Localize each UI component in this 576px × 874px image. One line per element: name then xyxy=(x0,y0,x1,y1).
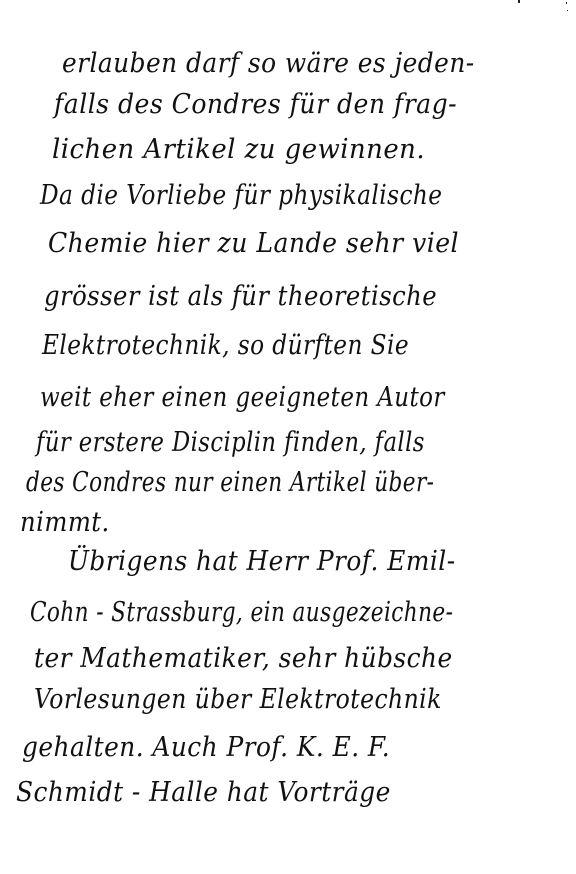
corner-mark xyxy=(567,10,568,11)
text-line: grösser ist als für theoretische xyxy=(44,281,437,312)
text-line: Elektrotechnik, so dürften Sie xyxy=(42,330,409,361)
text-line: falls des Condres für den frag- xyxy=(54,89,457,120)
text-line: erlauben darf so wäre es jeden- xyxy=(62,48,475,79)
text-line: des Condres nur einen Artikel über- xyxy=(26,467,434,498)
text-line: ter Mathematiker, sehr hübsche xyxy=(34,643,453,674)
text-line: Cohn - Strassburg, ein ausgezeichne- xyxy=(30,597,453,628)
text-line: weit eher einen geeigneten Autor xyxy=(40,382,445,413)
text-line: lichen Artikel zu gewinnen. xyxy=(52,134,425,165)
text-line: für erstere Disciplin finden, falls xyxy=(36,427,425,458)
corner-mark xyxy=(518,0,520,3)
corner-mark xyxy=(566,2,567,4)
text-line: Vorlesungen über Elektrotechnik xyxy=(34,684,442,715)
text-line: nimmt. xyxy=(20,507,110,538)
text-line: Schmidt - Halle hat Vorträge xyxy=(16,777,391,808)
letter-page: erlauben darf so wäre es jeden- falls de… xyxy=(0,0,576,874)
text-line: gehalten. Auch Prof. K. E. F. xyxy=(22,732,390,763)
text-line: Chemie hier zu Lande sehr viel xyxy=(48,228,459,259)
text-line: Übrigens hat Herr Prof. Emil- xyxy=(68,546,456,577)
text-line: Da die Vorliebe für physikalische xyxy=(40,180,442,211)
